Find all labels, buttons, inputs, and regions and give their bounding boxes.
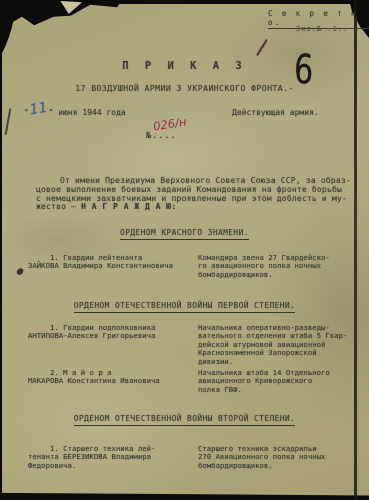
copy-number-line: Экз.№ .1..: [296, 25, 348, 33]
recipient-name: 2. М а й о р а МАКАРОВА Константина Иван…: [28, 369, 190, 394]
recipient-position: Начальника оперативно-разведы- вательног…: [198, 324, 360, 366]
section-heading-patriotic-war-first: ОРДЕНОМ ОТЕЧЕСТВЕННОЙ ВОЙНЫ ПЕРВОЙ СТЕПЕ…: [0, 301, 369, 310]
recipient-position: Командира звена 27 Гвардейско- го авиаци…: [198, 254, 360, 279]
section-heading-text: ОРДЕНОМ ОТЕЧЕСТВЕННОЙ ВОЙНЫ ВТОРОЙ СТЕПЕ…: [74, 414, 295, 426]
order-subtitle: 17 ВОЗДУШНОЙ АРМИИ 3 УКРАИНСКОГО ФРОНТА.…: [0, 83, 369, 93]
active-army-note: Действующая армия.: [232, 108, 319, 117]
award-word: Н А Г Р А Ж Д А Ю:: [81, 202, 177, 211]
date-quote-open: ": [24, 108, 29, 117]
section-heading-text: ОРДЕНОМ КРАСНОГО ЗНАМЕНИ.: [120, 228, 249, 240]
order-number-typed: №....: [146, 131, 177, 141]
fold-crease-line: [354, 0, 357, 500]
scanned-order-page: С е к р е т н о. Экз.№ .1.. П Р И К А З …: [0, 0, 369, 500]
award-entry: 1. Гвардии подполковника АНТИПОВА-Алексе…: [28, 324, 360, 366]
handwritten-six-mark: 6: [293, 50, 313, 91]
recipient-name: 1. Гвардии подполковника АНТИПОВА-Алексе…: [28, 324, 190, 366]
section-heading-red-banner: ОРДЕНОМ КРАСНОГО ЗНАМЕНИ.: [0, 228, 369, 237]
order-title: П Р И К А З: [0, 60, 369, 72]
award-entry: 1. Старшего техника лей- тенанта БЕРЕЗИК…: [28, 445, 360, 470]
page-left-edge: [0, 0, 2, 500]
recipient-position: Начальника штаба 14 Отдельного авиационн…: [198, 369, 360, 394]
recipient-position: Старшего техника эскадрильи 270 Авиацион…: [198, 445, 360, 470]
date-line: "11" июня 1944 года: [24, 108, 126, 117]
section-heading-text: ОРДЕНОМ ОТЕЧЕСТВЕННОЙ ВОЙНЫ ПЕРВОЙ СТЕПЕ…: [74, 301, 295, 313]
preamble-paragraph: От имени Президиума Верховного Совета Со…: [36, 177, 360, 212]
award-entry: 1. Гвардии лейтенанта ЗАЙКОВА Владимира …: [28, 254, 360, 279]
handwritten-day: 11: [30, 108, 48, 111]
recipient-name: 1. Старшего техника лей- тенанта БЕРЕЗИК…: [28, 445, 190, 470]
date-rest: " июня 1944 года: [49, 108, 126, 117]
award-entry: 2. М а й о р а МАКАРОВА Константина Иван…: [28, 369, 360, 394]
recipient-name: 1. Гвардии лейтенанта ЗАЙКОВА Владимира …: [28, 254, 190, 279]
section-heading-patriotic-war-second: ОРДЕНОМ ОТЕЧЕСТВЕННОЙ ВОЙНЫ ВТОРОЙ СТЕПЕ…: [0, 414, 369, 423]
